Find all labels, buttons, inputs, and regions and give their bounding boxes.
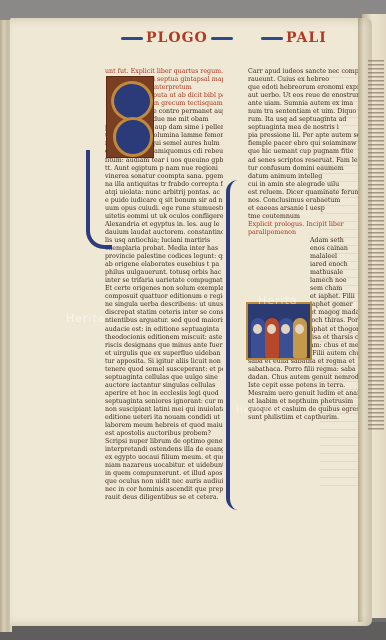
text-line: rum. Ita usq ad septuaginta ad bbox=[248, 116, 358, 124]
text-line: lis usq antiochia; luciani martiris bbox=[105, 237, 223, 245]
figure-head bbox=[253, 324, 262, 334]
text-line: Scripsi nuper librum de optimo genere bbox=[105, 438, 223, 446]
text-line: sabathaca. Porro filii regma: saba et bbox=[248, 366, 358, 374]
initial-upper-bowl bbox=[111, 81, 153, 121]
text-line: paralipomenon bbox=[248, 229, 358, 237]
text-line: nos. Conclusimus erabaetum bbox=[248, 197, 358, 205]
text-line: provincie palestine codices legunt: qs bbox=[105, 253, 223, 261]
watermark: Herita bbox=[66, 312, 106, 325]
text-line: Adam seth bbox=[248, 237, 358, 245]
initial-flourish-tail-right bbox=[226, 180, 240, 510]
text-line: ante uiam. Sumnia autem ex ima bbox=[248, 100, 358, 108]
text-line: mathusale bbox=[248, 269, 358, 277]
text-line: tur confusum domini eaumem bbox=[248, 165, 358, 173]
text-line: aut uerbo. Ut eos reue de enostrum bbox=[248, 92, 358, 100]
running-head-left: PLOGO bbox=[118, 30, 236, 46]
text-line: editione ueteri ita nouam condidi ut bbox=[105, 414, 223, 422]
facing-page-text bbox=[368, 60, 384, 430]
text-line: Carr apud iudeos sancte nec compona bbox=[248, 68, 358, 76]
text-line: discrepat statim ceteris inter se conse bbox=[105, 309, 223, 317]
text-line: ntientibus arguatur. sed quod maioris bbox=[105, 317, 223, 325]
text-line: aperire et hoc in ecclesiis legi quod bbox=[105, 390, 223, 398]
text-line: atqi uiolata: nunc arbitrij pontas. ac bbox=[105, 189, 223, 197]
text-line: tenere quod semel susceperant: et post bbox=[105, 366, 223, 374]
text-line: malaleel bbox=[248, 253, 358, 261]
text-line: septuaginta cellulas que uulgo sine bbox=[105, 374, 223, 382]
running-head-right-text: PALI bbox=[286, 30, 327, 46]
text-line: enos cainan bbox=[248, 245, 358, 253]
text-line: septuaginta seniores ignorant: cur me bbox=[105, 398, 223, 406]
text-line: uum opus cuiudi. ege rune stumuestu bbox=[105, 205, 223, 213]
text-line: na illa antiquitas tr frabdo correpta fe bbox=[105, 181, 223, 189]
text-line: iared enoch bbox=[248, 261, 358, 269]
text-line: ab origene elaborates eusebius t pa bbox=[105, 261, 223, 269]
figure bbox=[293, 318, 307, 358]
text-line: est apostolis auctoribus probem? bbox=[105, 430, 223, 438]
text-line: unt fut. Explicit liber quartus regum. bbox=[105, 68, 223, 76]
figure bbox=[279, 318, 293, 358]
running-head-right: PALI bbox=[258, 30, 327, 46]
text-line: exemplaria probat. Media inter has bbox=[105, 245, 223, 253]
historiated-initial bbox=[106, 76, 154, 158]
text-line: que hic uemant cup pugnam fitie bbox=[248, 148, 358, 156]
text-line: ad senes scriptos reseruat. Fam leigi bbox=[248, 157, 358, 165]
text-line: que edoti hebreorum eronomi expressed bbox=[248, 84, 358, 92]
running-head-left-text: PLOGO bbox=[146, 30, 208, 46]
text-line: fiemple pacer ebro qui soiaminaw bbox=[248, 140, 358, 148]
figure-head bbox=[267, 324, 276, 334]
text-line: inter se trifaria uarietate compugnat. bbox=[105, 277, 223, 285]
text-line: Iste cepit esse potens in terra. bbox=[248, 382, 358, 390]
initial-flourish-tail bbox=[86, 150, 112, 249]
text-line: in quem compunxerunt. et illud apostoli bbox=[105, 470, 223, 478]
figure bbox=[251, 318, 265, 358]
text-line: e puido iudicare q sit bonum sir ad no bbox=[105, 197, 223, 205]
figure bbox=[265, 318, 279, 358]
watermark: Heritage bbox=[236, 406, 283, 416]
flourish-icon bbox=[211, 37, 233, 40]
figure-head bbox=[295, 324, 304, 334]
text-line: interpretandi ostendens illa de euangeli… bbox=[105, 446, 223, 454]
text-line: dauium laudat auctorem. constantinopo bbox=[105, 229, 223, 237]
text-line: lamech noe bbox=[248, 277, 358, 285]
text-line: et laabim et nepthuim phetrusim bbox=[248, 398, 358, 406]
text-line: theodocionis editionem miscuit: aste bbox=[105, 334, 223, 342]
text-line: Alexandria et egyptus in. les. aug le bbox=[105, 221, 223, 229]
text-line: septuaginta mea de nostris i bbox=[248, 124, 358, 132]
miniature-figures bbox=[246, 302, 312, 360]
text-line: num tra sententiam et uim. Diquo bbox=[248, 108, 358, 116]
text-line: et uirgulis que ex superfluo uideban bbox=[105, 350, 223, 358]
text-line: raueunt. Cuius ex hebreo bbox=[248, 76, 358, 84]
text-line: dadan. Chus autem genuit nemrod. bbox=[248, 374, 358, 382]
text-line: et eaeeas arsanie l uesp bbox=[248, 205, 358, 213]
text-line: que oculus non uidit nec auris audiuit bbox=[105, 478, 223, 486]
text-line: ne singula uerba describens: ut unus bbox=[105, 301, 223, 309]
text-line: audacie est: in editione septuaginta bbox=[105, 326, 223, 334]
text-line: datum animum intelleg bbox=[248, 173, 358, 181]
text-line: rauit deus diligentibus se et cetera. bbox=[105, 494, 223, 502]
text-line: est reluem. Dicer quaminate ferunf bbox=[248, 189, 358, 197]
flourish-icon bbox=[121, 37, 143, 40]
text-line: Explicit prologus. Incipit liber bbox=[248, 221, 358, 229]
text-line: philus uulgauerunt. totusq orbis hac bbox=[105, 269, 223, 277]
text-line: Et certe origenes non solum exempla bbox=[105, 285, 223, 293]
text-line: riscis designans que minus ante fuerint. bbox=[105, 342, 223, 350]
text-line: Mesraim uero genuit ludim et anamim bbox=[248, 390, 358, 398]
text-line: nec in cor hominis ascendit que prepa bbox=[105, 486, 223, 494]
figure-head bbox=[281, 324, 290, 334]
text-line: tme coutemnum bbox=[248, 213, 358, 221]
watermark: Herita bbox=[258, 294, 298, 307]
text-line: composuit quattuor editionum e regio bbox=[105, 293, 223, 301]
text-line: pia pressione lii. Per apte autem se bbox=[248, 132, 358, 140]
text-line: ex egypto uocaui filium meum. et quo bbox=[105, 454, 223, 462]
text-line: auctore iactantur singulas cellulas bbox=[105, 382, 223, 390]
initial-lower-bowl bbox=[113, 117, 153, 157]
text-line: cui in amin ste alegrade uilu bbox=[248, 181, 358, 189]
text-line: non suscipiant latini mei qui inuiolata bbox=[105, 406, 223, 414]
text-line: tt. Aunt egiptum p nam nue regioni bbox=[105, 165, 223, 173]
text-line: tur apposita. Si igitur aliis licuit non bbox=[105, 358, 223, 366]
text-line: laborem meum hebreis et quod maius bbox=[105, 422, 223, 430]
text-line: niam nazareus uocabitur. et uidebunt bbox=[105, 462, 223, 470]
flourish-icon bbox=[261, 37, 283, 40]
text-line: sem cham bbox=[248, 285, 358, 293]
text-line: vinerea sonatur coompta sana. pgemma bbox=[105, 173, 223, 181]
text-line: uitetis eommi ut uk oculos confligere. bbox=[105, 213, 223, 221]
